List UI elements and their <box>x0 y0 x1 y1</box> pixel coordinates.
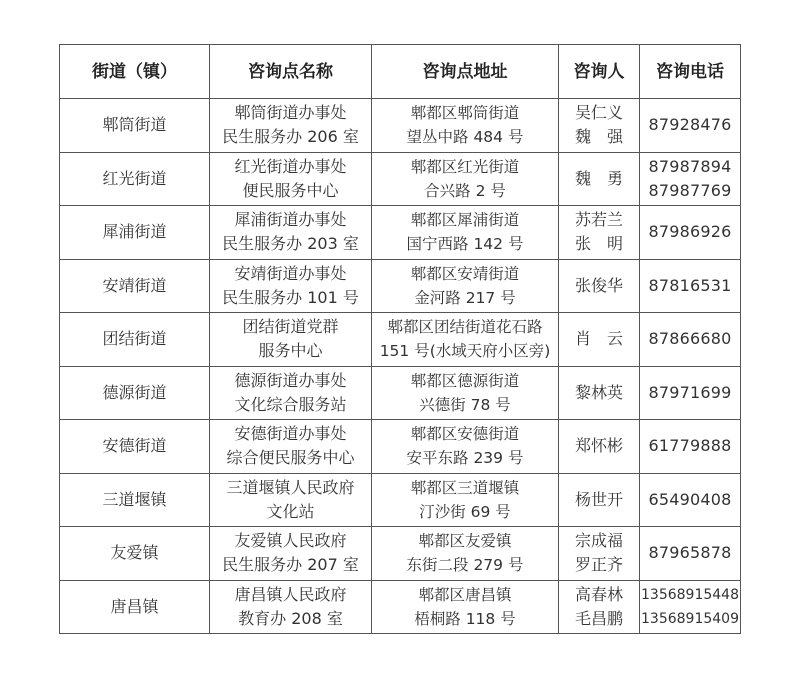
table-row: 犀浦街道 犀浦街道办事处民生服务办 203 室 郫都区犀浦街道国宁西路 142 … <box>60 206 741 260</box>
district-cell: 郫筒街道 <box>60 99 210 153</box>
address-cell: 郫都区德源街道兴德街 78 号 <box>372 366 559 420</box>
phone-cell: 87986926 <box>640 206 741 260</box>
table-row: 三道堰镇 三道堰镇人民政府文化站 郫都区三道堰镇汀沙街 69 号 杨世开 654… <box>60 473 741 527</box>
district-cell: 团结街道 <box>60 313 210 367</box>
site-name-cell: 安靖街道办事处民生服务办 101 号 <box>210 259 372 313</box>
address-cell: 郫都区安德街道安平东路 239 号 <box>372 420 559 474</box>
address-cell: 郫都区三道堰镇汀沙街 69 号 <box>372 473 559 527</box>
district-cell: 友爱镇 <box>60 527 210 581</box>
district-cell: 安德街道 <box>60 420 210 474</box>
phone-cell: 8798789487987769 <box>640 152 741 206</box>
address-cell: 郫都区红光街道合兴路 2 号 <box>372 152 559 206</box>
site-name-cell: 郫筒街道办事处民生服务办 206 室 <box>210 99 372 153</box>
table-row: 安德街道 安德街道办事处综合便民服务中心 郫都区安德街道安平东路 239 号 郑… <box>60 420 741 474</box>
phone-cell: 65490408 <box>640 473 741 527</box>
header-site-name: 咨询点名称 <box>210 45 372 99</box>
phone-cell: 61779888 <box>640 420 741 474</box>
phone-cell: 87866680 <box>640 313 741 367</box>
contact-cell: 高春林毛昌鹏 <box>559 580 640 634</box>
address-cell: 郫都区安靖街道金河路 217 号 <box>372 259 559 313</box>
district-cell: 安靖街道 <box>60 259 210 313</box>
header-district: 街道（镇） <box>60 45 210 99</box>
site-name-cell: 安德街道办事处综合便民服务中心 <box>210 420 372 474</box>
table-row: 唐昌镇 唐昌镇人民政府教育办 208 室 郫都区唐昌镇梧桐路 118 号 高春林… <box>60 580 741 634</box>
address-cell: 郫都区郫筒街道望丛中路 484 号 <box>372 99 559 153</box>
district-cell: 犀浦街道 <box>60 206 210 260</box>
address-cell: 郫都区友爱镇东街二段 279 号 <box>372 527 559 581</box>
table-row: 郫筒街道 郫筒街道办事处民生服务办 206 室 郫都区郫筒街道望丛中路 484 … <box>60 99 741 153</box>
phone-cell: 87965878 <box>640 527 741 581</box>
contact-cell: 郑怀彬 <box>559 420 640 474</box>
district-cell: 三道堰镇 <box>60 473 210 527</box>
phone-cell: 87928476 <box>640 99 741 153</box>
contact-cell: 苏若兰张 明 <box>559 206 640 260</box>
site-name-cell: 团结街道党群服务中心 <box>210 313 372 367</box>
contact-cell: 魏 勇 <box>559 152 640 206</box>
phone-cell: 1356891544813568915409 <box>640 580 741 634</box>
site-name-cell: 犀浦街道办事处民生服务办 203 室 <box>210 206 372 260</box>
header-contact: 咨询人 <box>559 45 640 99</box>
address-cell: 郫都区犀浦街道国宁西路 142 号 <box>372 206 559 260</box>
table-row: 安靖街道 安靖街道办事处民生服务办 101 号 郫都区安靖街道金河路 217 号… <box>60 259 741 313</box>
district-cell: 唐昌镇 <box>60 580 210 634</box>
table-row: 团结街道 团结街道党群服务中心 郫都区团结街道花石路151 号(水域天府小区旁)… <box>60 313 741 367</box>
contact-cell: 杨世开 <box>559 473 640 527</box>
address-cell: 郫都区唐昌镇梧桐路 118 号 <box>372 580 559 634</box>
site-name-cell: 唐昌镇人民政府教育办 208 室 <box>210 580 372 634</box>
contact-cell: 张俊华 <box>559 259 640 313</box>
district-cell: 德源街道 <box>60 366 210 420</box>
site-name-cell: 德源街道办事处文化综合服务站 <box>210 366 372 420</box>
table-row: 德源街道 德源街道办事处文化综合服务站 郫都区德源街道兴德街 78 号 黎林英 … <box>60 366 741 420</box>
phone-cell: 87971699 <box>640 366 741 420</box>
phone-cell: 87816531 <box>640 259 741 313</box>
table-header-row: 街道（镇） 咨询点名称 咨询点地址 咨询人 咨询电话 <box>60 45 741 99</box>
district-cell: 红光街道 <box>60 152 210 206</box>
contact-cell: 宗成福罗正齐 <box>559 527 640 581</box>
table-row: 红光街道 红光街道办事处便民服务中心 郫都区红光街道合兴路 2 号 魏 勇 87… <box>60 152 741 206</box>
site-name-cell: 红光街道办事处便民服务中心 <box>210 152 372 206</box>
contact-cell: 吴仁义魏 强 <box>559 99 640 153</box>
header-address: 咨询点地址 <box>372 45 559 99</box>
header-phone: 咨询电话 <box>640 45 741 99</box>
site-name-cell: 三道堰镇人民政府文化站 <box>210 473 372 527</box>
site-name-cell: 友爱镇人民政府民生服务办 207 室 <box>210 527 372 581</box>
contact-cell: 黎林英 <box>559 366 640 420</box>
table-body: 郫筒街道 郫筒街道办事处民生服务办 206 室 郫都区郫筒街道望丛中路 484 … <box>60 99 741 634</box>
contact-cell: 肖 云 <box>559 313 640 367</box>
address-cell: 郫都区团结街道花石路151 号(水域天府小区旁) <box>372 313 559 367</box>
consultation-points-table: 街道（镇） 咨询点名称 咨询点地址 咨询人 咨询电话 郫筒街道 郫筒街道办事处民… <box>59 44 741 634</box>
table-row: 友爱镇 友爱镇人民政府民生服务办 207 室 郫都区友爱镇东街二段 279 号 … <box>60 527 741 581</box>
